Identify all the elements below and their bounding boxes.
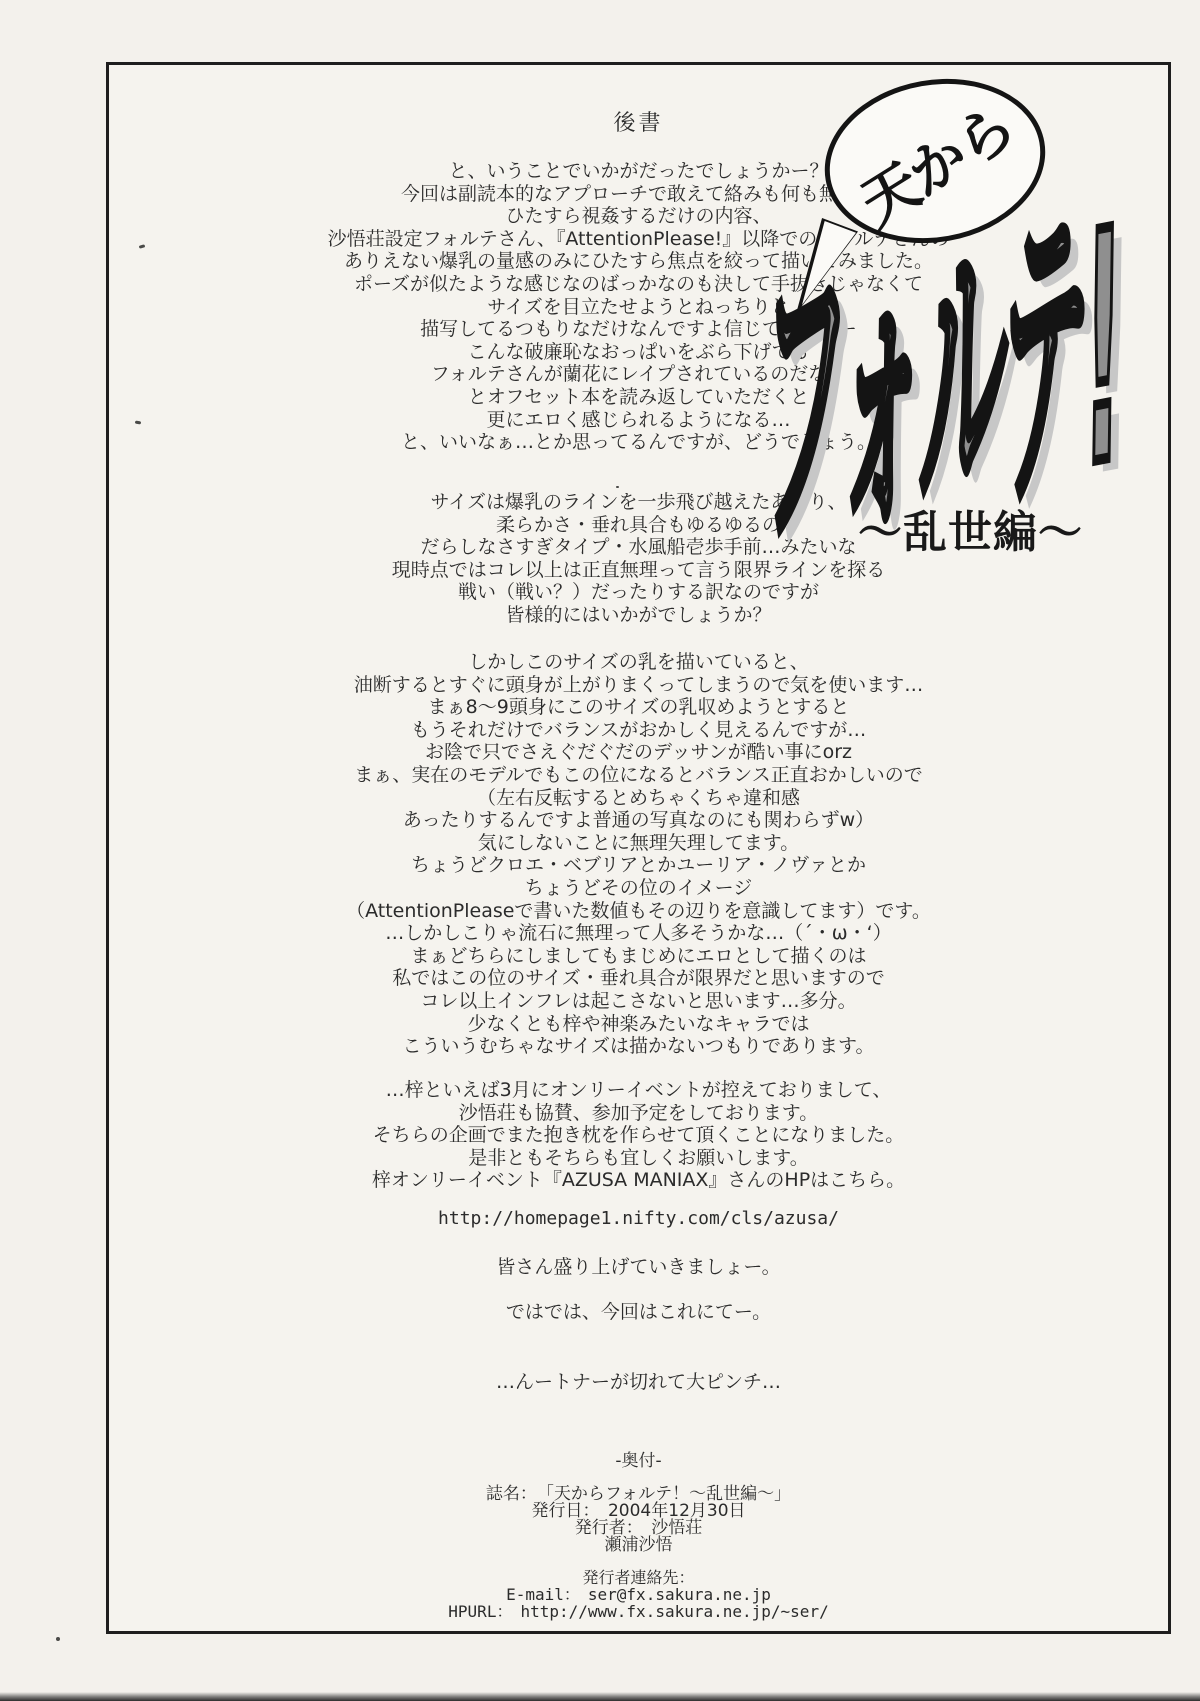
- text-line: サイズを目立たせようとねっちりと: [109, 296, 1168, 319]
- contact-email-line: E-mail： ser@fx.sakura.ne.jp: [109, 1586, 1168, 1603]
- text-line: ちょうどその位のイメージ: [109, 877, 1168, 900]
- text-line: 戦い（戦い？）だったりする訳なのですが: [109, 581, 1168, 604]
- text-line: 私ではこの位のサイズ・垂れ具合が限界だと思いますので: [109, 967, 1168, 990]
- text-line: サイズは爆乳のラインを一歩飛び越えたあたり、: [109, 491, 1168, 514]
- text-line: …梓といえば3月にオンリーイベントが控えておりまして、: [109, 1079, 1168, 1102]
- text-line: まぁ、実在のモデルでもこの位になるとバランス正直おかしいので: [109, 764, 1168, 787]
- text-line: しかしこのサイズの乳を描いていると、: [109, 651, 1168, 674]
- colophon-contact: 発行者連絡先： E-mail： ser@fx.sakura.ne.jp HPUR…: [109, 1569, 1168, 1620]
- paragraph-size-line: サイズは爆乳のラインを一歩飛び越えたあたり、柔らかさ・垂れ具合もゆるゆるのだらし…: [109, 491, 1168, 627]
- contact-heading: 発行者連絡先：: [109, 1569, 1168, 1586]
- text-line: まぁどちらにしましてもまじめにエロとして描くのは: [109, 945, 1168, 968]
- hpurl-label: HPURL：: [448, 1602, 520, 1621]
- text-line: 気にしないことに無理矢理してます。: [109, 832, 1168, 855]
- text-line: ちょうどクロエ・ベブリアとかユーリア・ノヴァとか: [109, 854, 1168, 877]
- text-line: 瀬浦沙悟: [109, 1537, 1168, 1554]
- text-line: 更にエロく感じられるようになる…: [109, 409, 1168, 432]
- text-line: こういうむちゃなサイズは描かないつもりであります。: [109, 1035, 1168, 1058]
- azusa-event-url: http://homepage1.nifty.com/cls/azusa/: [109, 1208, 1168, 1231]
- text-line: と、いうことでいかがだったでしょうかー？: [109, 160, 1168, 183]
- text-line: あったりするんですよ普通の写真なのにも関わらずw）: [109, 809, 1168, 832]
- text-line: だらしなさすぎタイプ・水風船壱歩手前…みたいな: [109, 536, 1168, 559]
- text-line: と、いいなぁ…とか思ってるんですが、どうでしょう。: [109, 431, 1168, 454]
- text-line: 少なくとも梓や神楽みたいなキャラでは: [109, 1013, 1168, 1036]
- text-line: 油断するとすぐに頭身が上がりまくってしまうので気を使います…: [109, 674, 1168, 697]
- text-line: もうそれだけでバランスがおかしく見えるんですが…: [109, 719, 1168, 742]
- text-line: まぁ8～9頭身にこのサイズの乳収めようとすると: [109, 696, 1168, 719]
- text-line: 梓オンリーイベント『AZUSA MANIAX』さんのHPはこちら。: [109, 1169, 1168, 1192]
- hpurl-value: http://www.fx.sakura.ne.jp/~ser/: [520, 1602, 828, 1621]
- page-title: 後書: [109, 113, 1168, 136]
- paragraph-balance: しかしこのサイズの乳を描いていると、油断するとすぐに頭身が上がりまくってしまうの…: [109, 651, 1168, 1058]
- text-line: こんな破廉恥なおっぱいをぶら下げてる: [109, 341, 1168, 364]
- text-line: フォルテさんが蘭花にレイプされているのだな、: [109, 363, 1168, 386]
- closing-line-2: ではでは、今回はこれにてー。: [109, 1301, 1168, 1324]
- text-line: 現時点ではコレ以上は正直無理って言う限界ラインを探る: [109, 559, 1168, 582]
- text-line: 沙悟荘も協賛、参加予定をしております。: [109, 1102, 1168, 1125]
- text-line: ありえない爆乳の量感のみにひたすら焦点を絞って描いてみました。: [109, 250, 1168, 273]
- text-line: コレ以上インフレは起こさないと思います…多分。: [109, 990, 1168, 1013]
- text-line: お陰で只でさえぐだぐだのデッサンが酷い事にorz: [109, 741, 1168, 764]
- paragraph-event: …梓といえば3月にオンリーイベントが控えておりまして、沙悟荘も協賛、参加予定をし…: [109, 1079, 1168, 1192]
- text-line: （左右反転するとめちゃくちゃ違和感: [109, 787, 1168, 810]
- page-border-frame: 後書 と、いうことでいかがだったでしょうかー？今回は副読本的なアプローチで敢えて…: [106, 62, 1171, 1634]
- closing-line-1: 皆さん盛り上げていきましょー。: [109, 1256, 1168, 1279]
- text-line: （AttentionPleaseで書いた数値もその辺りを意識してます）です。: [109, 900, 1168, 923]
- text-line: 皆様的にはいかがでしょうか？: [109, 604, 1168, 627]
- contact-hpurl-line: HPURL： http://www.fx.sakura.ne.jp/~ser/: [109, 1603, 1168, 1620]
- text-line: 今回は副読本的なアプローチで敢えて絡みも何も無し、: [109, 183, 1168, 206]
- text-line: 描写してるつもりなだけなんですよ信じて信じてー: [109, 318, 1168, 341]
- scan-dust-speck: [616, 486, 619, 488]
- text-line: 柔らかさ・垂れ具合もゆるゆるの: [109, 514, 1168, 537]
- text-line: 是非ともそちらも宜しくお願いします。: [109, 1147, 1168, 1170]
- text-line: 沙悟荘設定フォルテさん、『AttentionPlease!』以降でのフォルテさん…: [109, 228, 1168, 251]
- postscript-line: …んートナーが切れて大ピンチ…: [109, 1371, 1168, 1394]
- text-line: そちらの企画でまた抱き枕を作らせて頂くことになりました。: [109, 1124, 1168, 1147]
- text-line: ひたすら視姦するだけの内容、: [109, 205, 1168, 228]
- scan-dust-speck: [56, 1637, 60, 1641]
- scanned-afterword-page: 後書 と、いうことでいかがだったでしょうかー？今回は副読本的なアプローチで敢えて…: [0, 0, 1200, 1701]
- paragraph-intro: と、いうことでいかがだったでしょうかー？今回は副読本的なアプローチで敢えて絡みも…: [109, 160, 1168, 454]
- scan-edge-shadow: [0, 1692, 1200, 1701]
- text-line: …しかしこりゃ流石に無理って人多そうかな…（´・ω・‘）: [109, 922, 1168, 945]
- colophon-details: 誌名： 「天からフォルテ！～乱世編～」発行日： 2004年12月30日発行者： …: [109, 1486, 1168, 1554]
- colophon-heading: -奥付-: [109, 1453, 1168, 1470]
- text-line: とオフセット本を読み返していただくと: [109, 386, 1168, 409]
- text-line: ポーズが似たような感じなのばっかなのも決して手抜きじゃなくて: [109, 273, 1168, 296]
